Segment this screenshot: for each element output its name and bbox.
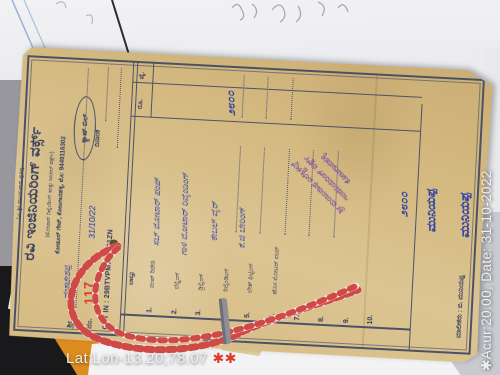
gps-marker-icon: ✱✱ — [212, 350, 236, 366]
gps-accuracy-date-text: ✱Acur:20.00, Date: 31-10-2022 — [479, 170, 495, 371]
gps-latlon-value: Lat:Lon-13.20;78.07 — [66, 350, 208, 367]
gps-latlon-text: Lat:Lon-13.20;78.07 ✱✱ — [66, 350, 237, 367]
photo-of-receipt: ಓಂ ಶ್ರೀ ಮಂಜುನಾಥ ಪ್ರಸನ್ನ ರವಿ ಇಂಜಿನಿಯರಿಂಗ್… — [0, 0, 500, 375]
tag-string — [71, 246, 358, 350]
tag-string-and-pin — [0, 0, 500, 375]
